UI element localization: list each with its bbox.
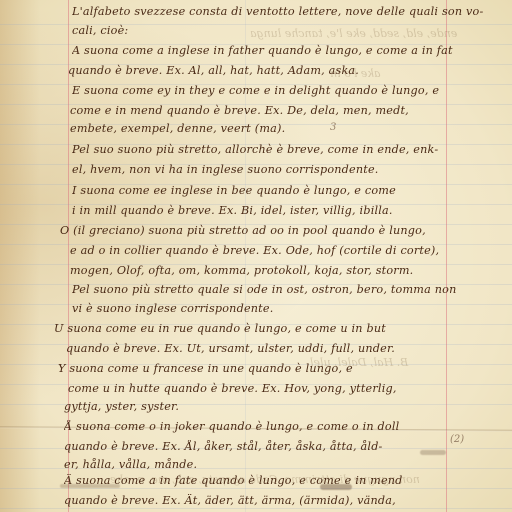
ink-strikeout [420, 450, 446, 455]
manuscript-line: quando è breve. Ex. Al, all, hat, hatt, … [68, 64, 359, 77]
ruled-line [0, 508, 512, 509]
manuscript-line: er, hålla, vålla, månde. [64, 458, 197, 471]
manuscript-line: quando è breve. Ex. Ät, äder, ätt, ärma,… [64, 494, 396, 507]
manuscript-line: quando è breve. Ex. Ål, åker, stål, åter… [64, 440, 383, 453]
manuscript-line: vi è suono inglese corrispondente. [72, 302, 273, 315]
manuscript-line: come e in mend quando è breve. Ex. De, d… [70, 104, 409, 117]
manuscript-line: quando è breve. Ex. Ut, ursamt, ulster, … [66, 342, 395, 355]
manuscript-line: Pel suo suono più stretto, allorchè è br… [72, 143, 438, 156]
margin-annotation: (2) [450, 434, 464, 445]
manuscript-line: Å suona come o in joker quando è lungo, … [64, 420, 399, 433]
manuscript-line: I suona come ee inglese in bee quando è … [72, 184, 396, 197]
manuscript-line: Pel suono più stretto quale si ode in os… [72, 283, 456, 296]
ruled-line [0, 488, 512, 489]
manuscript-line: cali, cioè: [72, 24, 128, 37]
margin-annotation: 3 [330, 122, 336, 133]
manuscript-line: i in mill quando è breve. Ex. Bi, idel, … [72, 204, 393, 217]
ink-strikeout [320, 484, 352, 490]
manuscript-line: gyttja, yster, syster. [64, 400, 179, 413]
manuscript-line: L'alfabeto svezzese consta di ventotto l… [72, 5, 483, 18]
manuscript-page: ende, eld, sedd, eke l'e, tanche lunga a… [0, 0, 512, 512]
right-margin-rule [446, 0, 447, 512]
manuscript-line: A suona come a inglese in father quando … [72, 44, 453, 57]
manuscript-line: U suona come eu in rue quando è lungo, e… [54, 322, 386, 335]
ink-strikeout [60, 484, 120, 488]
paper-stain [0, 0, 40, 512]
manuscript-line: el, hvem, non vi ha in inglese suono cor… [72, 163, 379, 176]
manuscript-line: come u in hutte quando è breve. Ex. Hov,… [68, 382, 397, 395]
manuscript-line: E suona come ey in they e come e in deli… [72, 84, 439, 97]
manuscript-line: mogen, Olof, ofta, om, komma, protokoll,… [70, 264, 413, 277]
manuscript-line: embete, exempel, denne, veert (ma). [70, 122, 285, 135]
manuscript-line: O (il greciano) suona più stretto ad oo … [60, 224, 426, 237]
manuscript-line: Y suona come u francese in une quando è … [58, 362, 353, 375]
bleed-through-text: ende, eld, sedd, eke l'e, tanche lunga [250, 27, 457, 40]
manuscript-line: e ad o in collier quando è breve. Ex. Od… [70, 244, 439, 257]
